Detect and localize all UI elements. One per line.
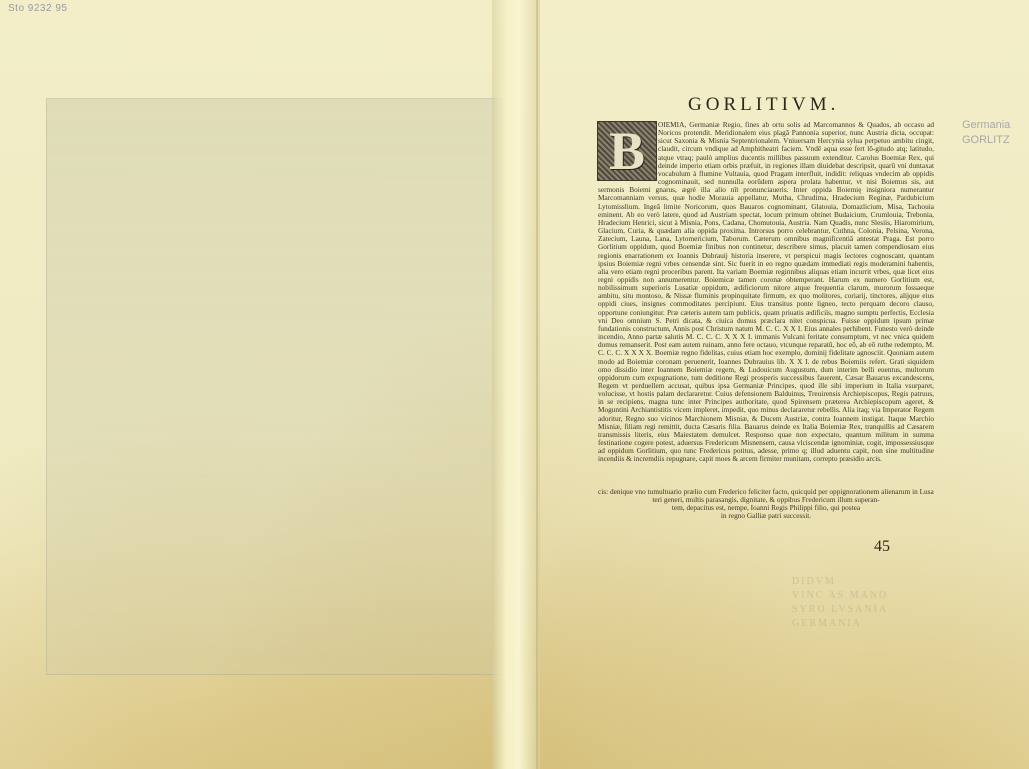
center-fold-gutter (492, 0, 540, 769)
margin-pencil-note: Germania GORLITZ (962, 118, 1010, 148)
drop-cap-letter: B (609, 124, 645, 178)
tail-line: teri generi, multis parasangis, dignitat… (598, 496, 934, 504)
margin-note-line: Germania (962, 118, 1010, 133)
showthrough-line: VINC AS MANO (792, 589, 932, 603)
showthrough-line: DIDVM (792, 575, 932, 589)
drop-cap-initial: B (597, 121, 657, 181)
text-tail-taper: cis: denique vno tumultuario prælio cum … (598, 488, 934, 521)
tail-line: cis: denique vno tumultuario prælio cum … (598, 488, 934, 496)
cartouche-showthrough: DIDVM VINC AS MANO SYRO LVSANIA GERMANIA (792, 575, 932, 635)
page-number: 45 (874, 538, 890, 556)
page-title: GORLITIVM. (688, 94, 839, 116)
showthrough-line: GERMANIA (792, 617, 932, 631)
fold-line (536, 0, 538, 769)
tail-line: tem, depacitus est, nempe, Ioanni Regis … (598, 504, 934, 512)
catalog-pencil-note: Sto 9232 95 (8, 3, 67, 14)
showthrough-line: SYRO LVSANIA (792, 603, 932, 617)
tail-line: in regno Galliæ patri successit. (598, 512, 934, 520)
left-page-verso: Sto 9232 95 (0, 0, 505, 769)
margin-note-line: GORLITZ (962, 133, 1010, 148)
scanned-sheet: Sto 9232 95 GORLITIVM. OIEMIA, Germaniæ … (0, 0, 1029, 769)
map-showthrough (46, 98, 503, 675)
